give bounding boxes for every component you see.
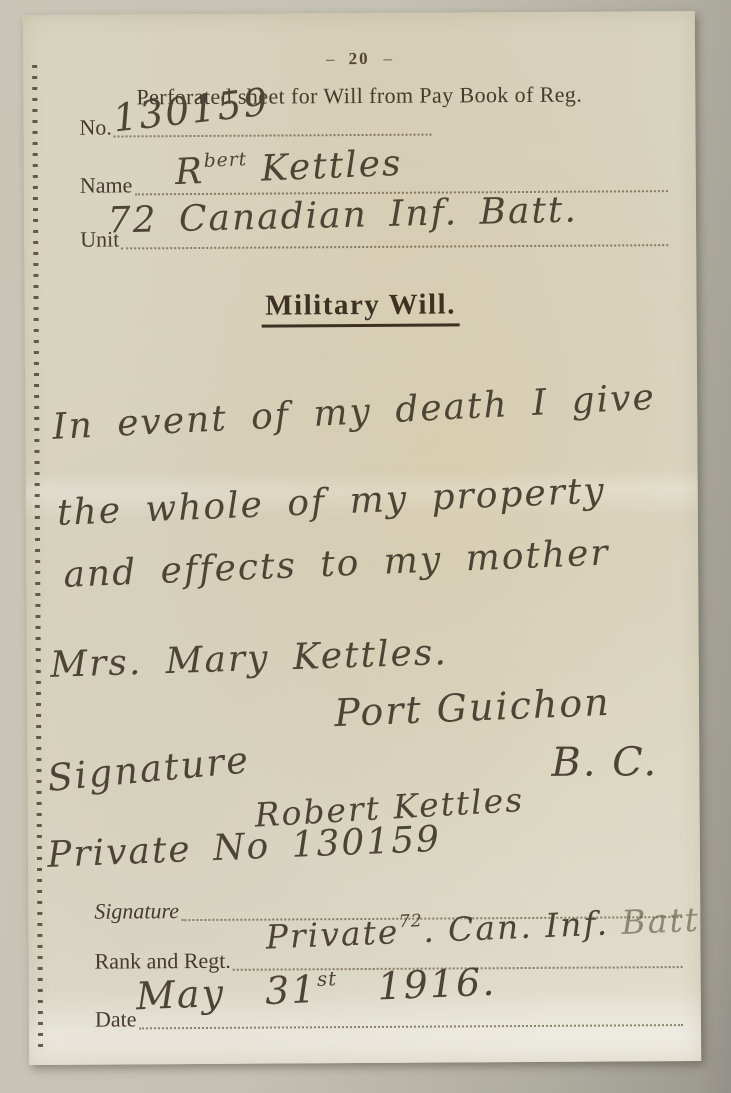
scanned-page-photo: { "page": { "number": "20", "dash_left":… xyxy=(0,0,731,1093)
rank-value-superscript: 72 xyxy=(398,911,423,932)
field-label-name: Name xyxy=(80,172,133,198)
field-label-signature: Signature xyxy=(94,898,179,925)
will-line: Mrs. Mary Kettles. xyxy=(50,632,449,686)
field-label-date: Date xyxy=(95,1006,137,1032)
dotted-line-date xyxy=(138,1016,683,1029)
will-line: and effects to my mother xyxy=(63,532,611,595)
handwritten-rank-number-line: Private No 130159 xyxy=(46,819,441,876)
handwritten-address-province: B. C. xyxy=(551,739,658,786)
rank-value-main: Private xyxy=(265,912,400,956)
page-number-value: 20 xyxy=(349,49,370,68)
name-main: R xyxy=(174,151,205,193)
date-value-main: May 31 xyxy=(135,967,318,1018)
date-value-year: 1916. xyxy=(377,960,498,1009)
section-heading: Military Will. xyxy=(24,287,696,329)
rank-value-mid: . Can. Inf. xyxy=(422,904,609,951)
perforated-edge xyxy=(32,65,43,1051)
page-number: –20– xyxy=(23,47,695,71)
will-line: the whole of my property xyxy=(56,470,606,533)
date-value-superscript: st xyxy=(316,967,337,991)
field-label-no: No. xyxy=(79,115,112,141)
handwritten-address-city: Port Guichon xyxy=(333,680,611,735)
name-surname: Kettles xyxy=(260,143,403,190)
page-number-dash-right: – xyxy=(370,49,407,68)
will-sheet-paper: –20– Perforated sheet for Will from Pay … xyxy=(23,11,701,1065)
handwritten-signature-word: Signature xyxy=(46,738,252,800)
page-number-dash-left: – xyxy=(312,49,349,68)
section-heading-text: Military Will. xyxy=(261,288,460,327)
name-superscript: bert xyxy=(203,149,247,172)
rank-value-faint: Batt xyxy=(621,900,701,942)
will-line: In event of my death I give xyxy=(51,377,656,448)
